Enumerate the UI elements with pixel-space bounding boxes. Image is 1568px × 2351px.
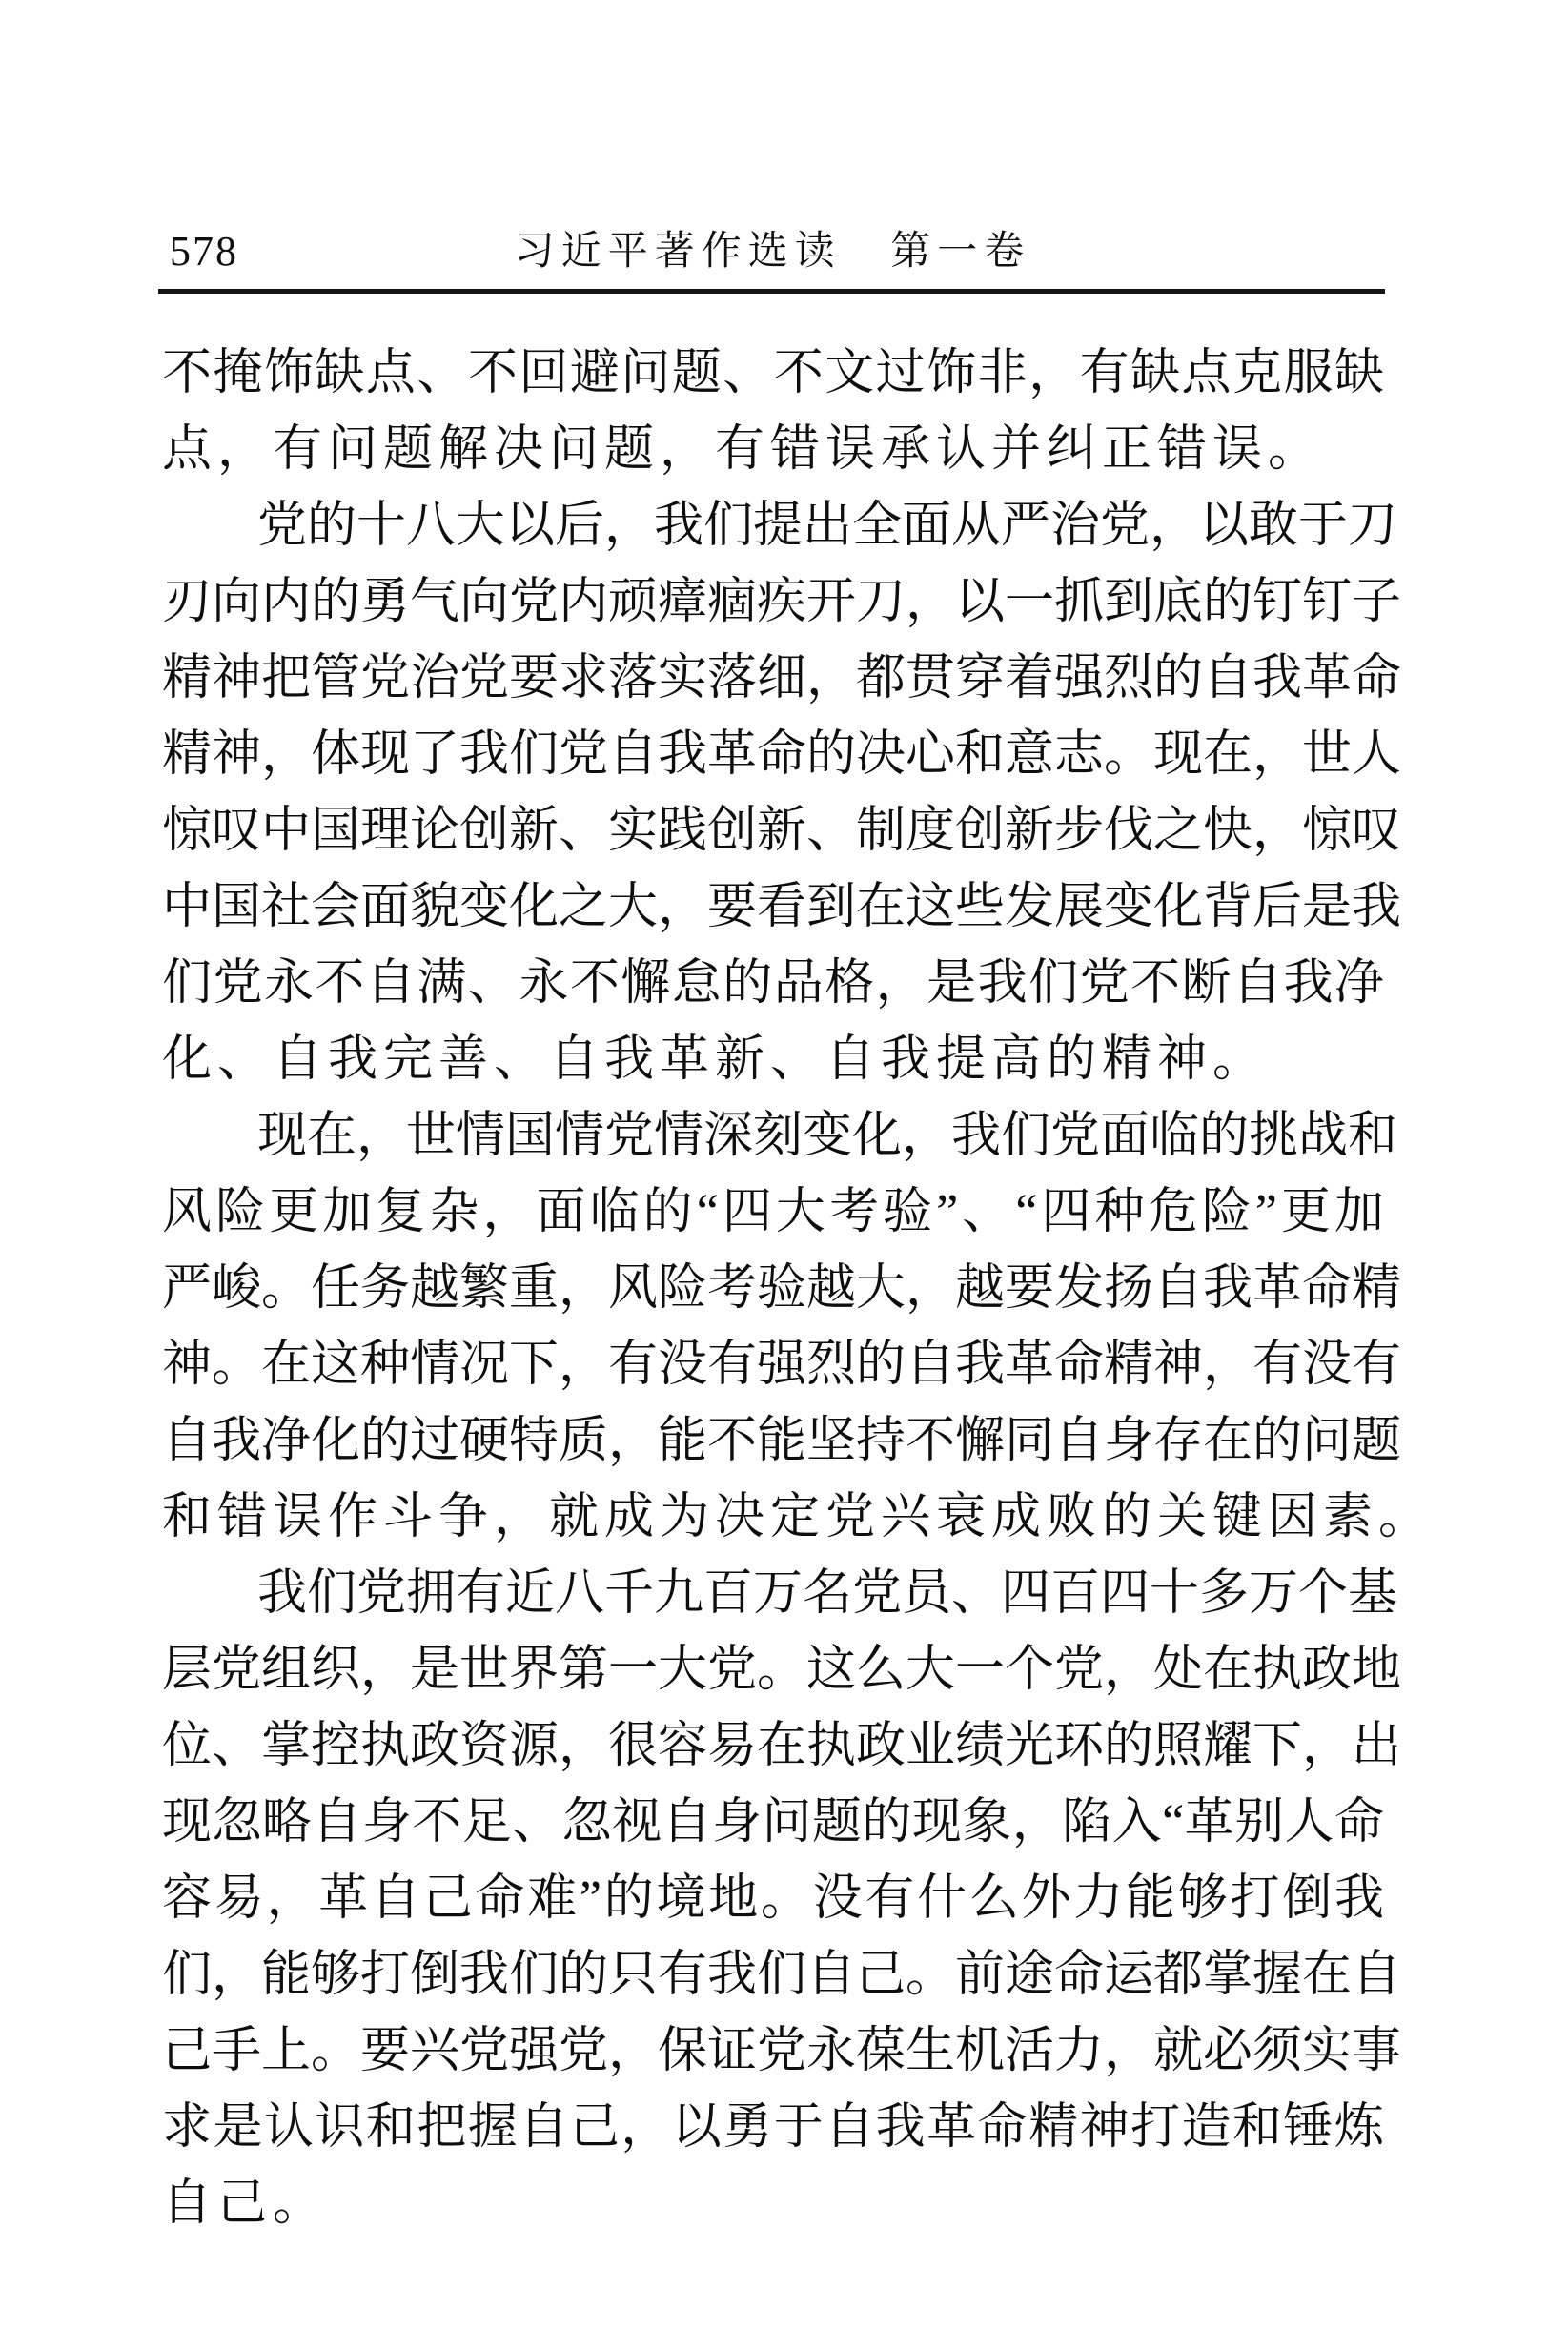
text-line: 我们党拥有近八千九百万名党员、四百四十多万个基 [162,1556,1384,1632]
text-line: 容易，革自己命难”的境地。没有什么外力能够打倒我 [162,1861,1384,1937]
text-line: 精神把管党治党要求落实落细，都贯穿着强烈的自我革命 [162,641,1384,717]
text-line: 党的十八大以后，我们提出全面从严治党，以敢于刀 [162,488,1384,564]
text-line: 严峻。任务越繁重，风险考验越大，越要发扬自我革命精 [162,1251,1384,1327]
body-text: 不掩饰缺点、不回避问题、不文过饰非，有缺点克服缺 点，有问题解决问题，有错误承认… [162,336,1384,2242]
text-line: 现忽略自身不足、忽视自身问题的现象，陷入“革别人命 [162,1785,1384,1861]
text-line: 神。在这种情况下，有没有强烈的自我革命精神，有没有 [162,1327,1384,1403]
text-line: 位、掌控执政资源，很容易在执政业绩光环的照耀下，出 [162,1708,1384,1785]
text-line: 点，有问题解决问题，有错误承认并纠正错误。 [162,412,1384,488]
text-line: 化、自我完善、自我革新、自我提高的精神。 [162,1022,1384,1098]
text-line: 中国社会面貌变化之大，要看到在这些发展变化背后是我 [162,869,1384,946]
text-line: 层党组织，是世界第一大党。这么大一个党，处在执政地 [162,1632,1384,1708]
text-line: 惊叹中国理论创新、实践创新、制度创新步伐之快，惊叹 [162,793,1384,869]
running-title: 习近平著作选读 第一卷 [160,227,1385,276]
text-line: 和错误作斗争，就成为决定党兴衰成败的关键因素。 [162,1480,1384,1556]
header-divider [158,289,1385,294]
text-line: 们党永不自满、永不懈怠的品格，是我们党不断自我净 [162,946,1384,1022]
text-line: 现在，世情国情党情深刻变化，我们党面临的挑战和 [162,1098,1384,1175]
text-line: 们，能够打倒我们的只有我们自己。前途命运都掌握在自 [162,1937,1384,2014]
text-line: 刃向内的勇气向党内顽瘴痼疾开刀，以一抓到底的钉钉子 [162,564,1384,641]
text-line: 求是认识和把握自己，以勇于自我革命精神打造和锤炼 [162,2090,1384,2166]
text-line: 风险更加复杂，面临的“四大考验”、“四种危险”更加 [162,1175,1384,1251]
text-line: 自我净化的过硬特质，能不能坚持不懈同自身存在的问题 [162,1403,1384,1480]
page-header: 578 习近平著作选读 第一卷 [160,227,1385,276]
text-line: 己手上。要兴党强党，保证党永葆生机活力，就必须实事 [162,2014,1384,2090]
text-line: 不掩饰缺点、不回避问题、不文过饰非，有缺点克服缺 [162,336,1384,412]
text-line: 精神，体现了我们党自我革命的决心和意志。现在，世人 [162,717,1384,793]
text-line: 自己。 [162,2166,1384,2242]
book-page: 578 习近平著作选读 第一卷 不掩饰缺点、不回避问题、不文过饰非，有缺点克服缺… [0,0,1568,2351]
